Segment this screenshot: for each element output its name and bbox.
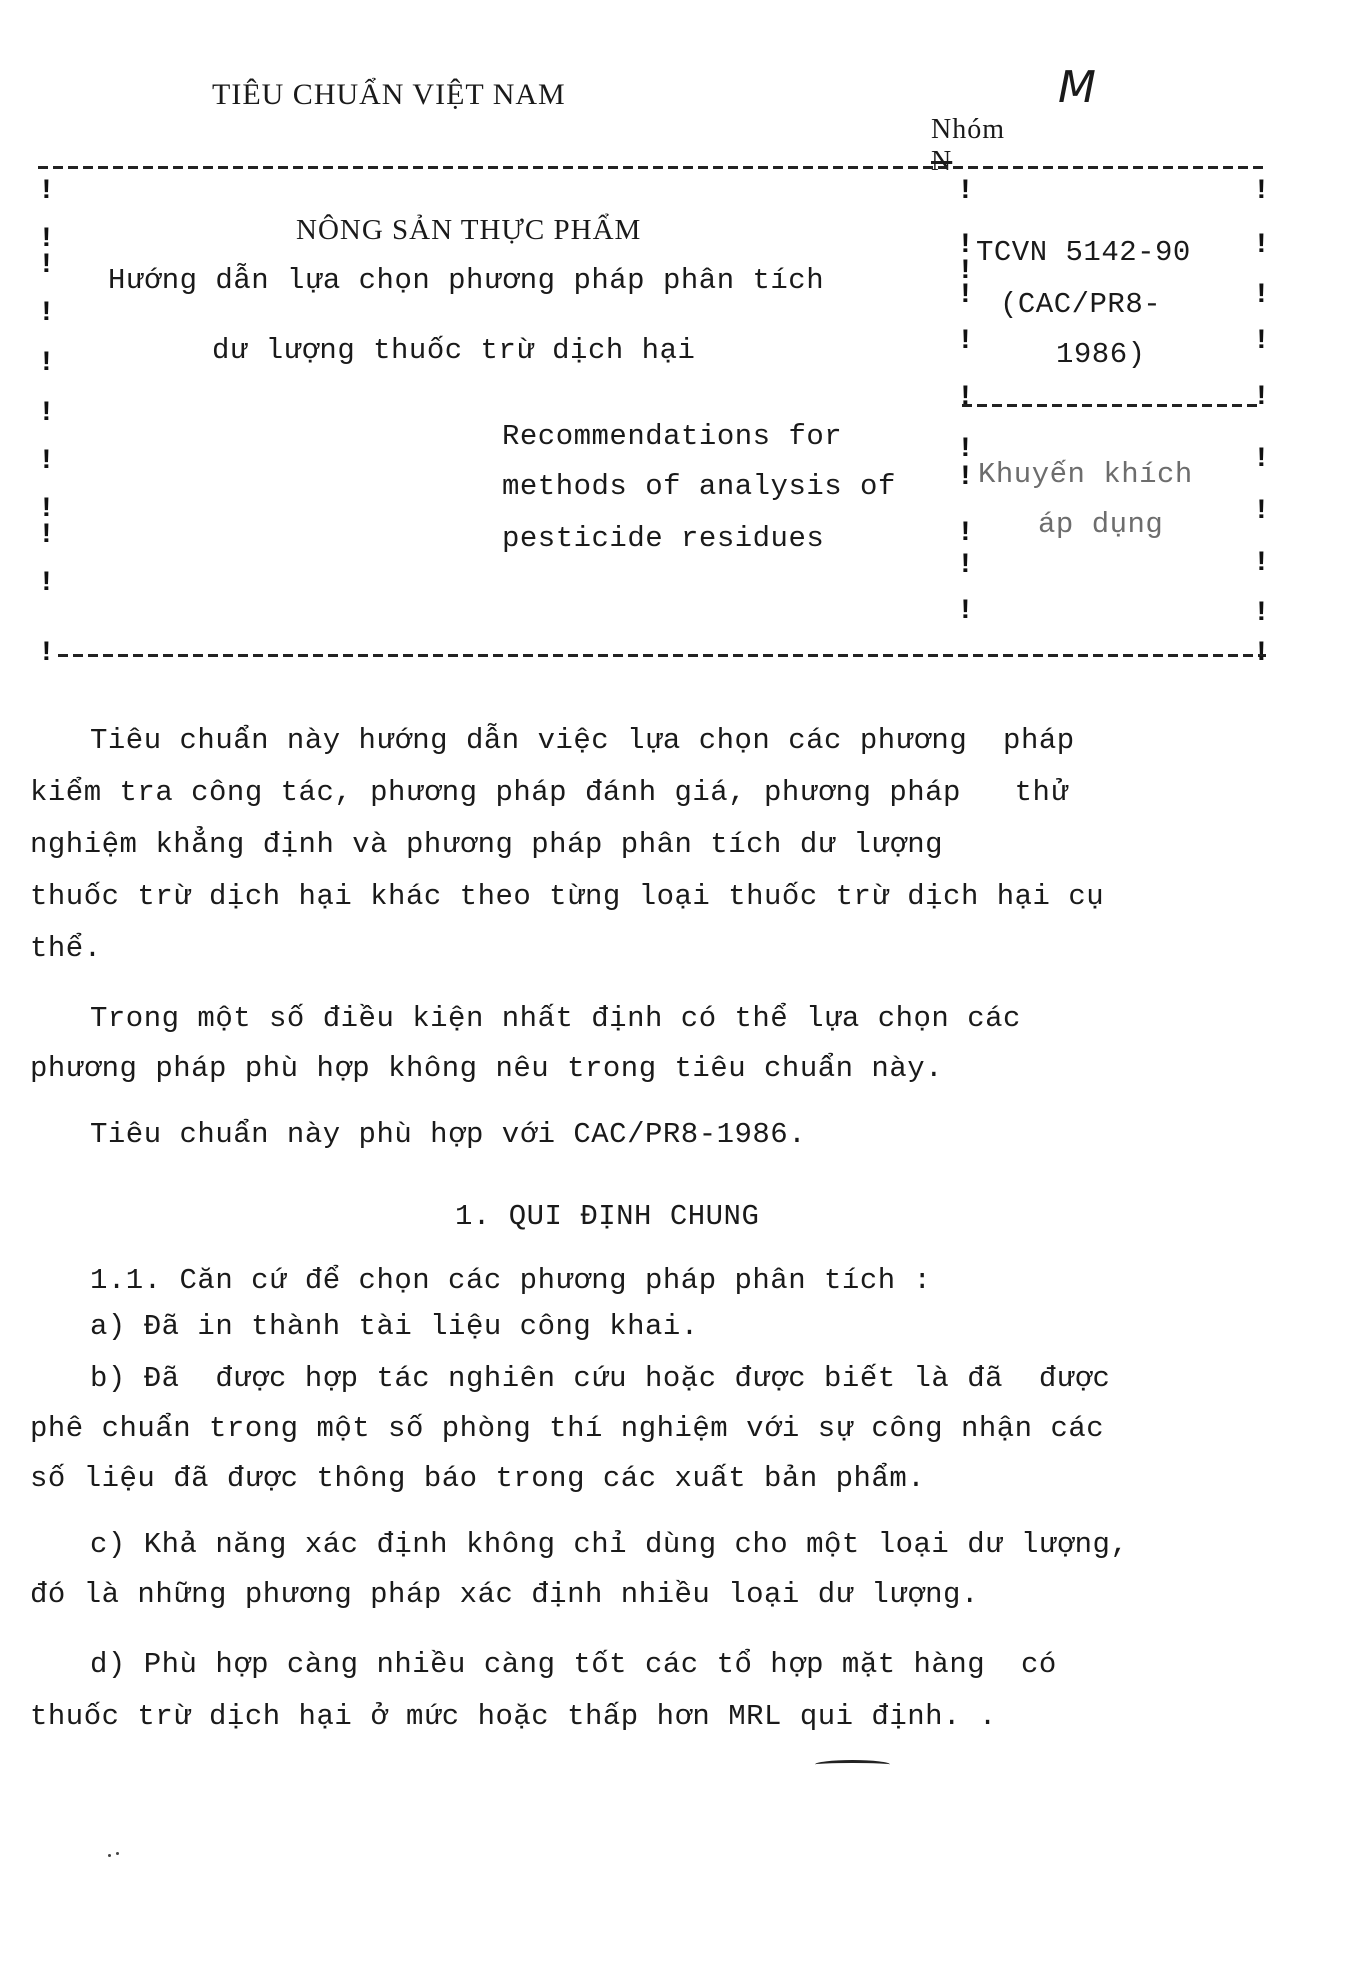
title-box-left-border: !!!!!!!!!!! bbox=[38, 180, 48, 660]
category-heading: NÔNG SẢN THỰC PHẨM bbox=[296, 214, 641, 247]
section-1-heading: 1. QUI ĐỊNH CHUNG bbox=[455, 1200, 759, 1233]
standard-title: TIÊU CHUẨN VIỆT NAM bbox=[212, 78, 566, 112]
item-a: a) Đã in thành tài liệu công khai. bbox=[90, 1310, 699, 1343]
border-bang: ! bbox=[38, 498, 43, 522]
status-line-1: Khuyến khích bbox=[978, 458, 1193, 491]
intro-p2-line-2: phương pháp phù hợp không nêu trong tiêu… bbox=[30, 1052, 943, 1085]
border-bang: ! bbox=[1253, 642, 1258, 666]
border-bang: ! bbox=[1253, 386, 1258, 410]
border-bang: ! bbox=[1253, 180, 1258, 204]
handwritten-underline-mark bbox=[815, 1760, 890, 1769]
item-b-line-2: phê chuẩn trong một số phòng thí nghiệm … bbox=[30, 1412, 1104, 1445]
english-title-line-1: Recommendations for bbox=[502, 420, 842, 453]
clause-1-1: 1.1. Căn cứ để chọn các phương pháp phân… bbox=[90, 1264, 931, 1297]
standard-code: TCVN 5142-90 bbox=[976, 236, 1191, 269]
status-line-2: áp dụng bbox=[1038, 508, 1163, 541]
border-bang: ! bbox=[38, 228, 43, 252]
standard-code-ref-1: (CAC/PR8- bbox=[1000, 288, 1161, 321]
border-bang: ! bbox=[957, 522, 962, 546]
item-c-line-2: đó là những phương pháp xác định nhiều l… bbox=[30, 1578, 979, 1611]
group-label-text: Nhóm bbox=[931, 114, 1005, 145]
border-bang: ! bbox=[38, 572, 43, 596]
english-title-line-2: methods of analysis of bbox=[502, 470, 896, 503]
intro-p1-line-5: thể. bbox=[30, 932, 102, 965]
intro-p1-line-2: kiểm tra công tác, phương pháp đánh giá,… bbox=[30, 776, 1068, 809]
border-bang: ! bbox=[38, 254, 43, 278]
border-bang: ! bbox=[957, 180, 962, 204]
intro-p1-line-1: Tiêu chuẩn này hướng dẫn việc lựa chọn c… bbox=[90, 724, 1075, 757]
border-bang: ! bbox=[957, 438, 962, 462]
border-bang: ! bbox=[1253, 602, 1258, 626]
scan-speck bbox=[116, 1852, 119, 1855]
scan-speck bbox=[108, 1854, 111, 1857]
title-box-top-border bbox=[38, 166, 1266, 169]
border-bang: ! bbox=[38, 180, 43, 204]
border-bang: ! bbox=[38, 352, 43, 376]
group-label: Nhóm N bbox=[915, 82, 1005, 178]
title-box-right-divider bbox=[962, 404, 1262, 407]
border-bang: ! bbox=[38, 524, 43, 548]
group-struck-value: N bbox=[931, 146, 952, 177]
english-title-line-3: pesticide residues bbox=[502, 522, 824, 555]
border-bang: ! bbox=[38, 642, 43, 666]
border-bang: ! bbox=[957, 554, 962, 578]
border-bang: ! bbox=[38, 402, 43, 426]
border-bang: ! bbox=[38, 450, 43, 474]
border-bang: ! bbox=[1253, 448, 1258, 472]
border-bang: ! bbox=[1253, 500, 1258, 524]
border-bang: ! bbox=[1253, 234, 1258, 258]
intro-p1-line-4: thuốc trừ dịch hại khác theo từng loại t… bbox=[30, 880, 1104, 913]
item-b-line-3: số liệu đã được thông báo trong các xuất… bbox=[30, 1462, 925, 1495]
intro-p3: Tiêu chuẩn này phù hợp với CAC/PR8-1986. bbox=[90, 1118, 806, 1151]
border-bang: ! bbox=[957, 386, 962, 410]
border-bang: ! bbox=[957, 284, 962, 308]
item-d-line-1: d) Phù hợp càng nhiều càng tốt các tổ hợ… bbox=[90, 1648, 1057, 1681]
border-bang: ! bbox=[957, 234, 962, 258]
border-bang: ! bbox=[38, 302, 43, 326]
border-bang: ! bbox=[957, 600, 962, 624]
item-d-line-2: thuốc trừ dịch hại ở mức hoặc thấp hơn M… bbox=[30, 1700, 997, 1733]
title-box-right-border: !!!!!!!!!! bbox=[1253, 180, 1263, 660]
intro-p1-line-3: nghiệm khẳng định và phương pháp phân tí… bbox=[30, 828, 943, 861]
vietnamese-title-line-1: Hướng dẫn lựa chọn phương pháp phân tích bbox=[108, 264, 824, 297]
border-bang: ! bbox=[1253, 330, 1258, 354]
border-bang: ! bbox=[957, 330, 962, 354]
item-b-line-1: b) Đã được hợp tác nghiên cứu hoặc được … bbox=[90, 1362, 1110, 1395]
title-box-middle-border: !!!!!!!!!!! bbox=[957, 180, 967, 640]
border-bang: ! bbox=[957, 466, 962, 490]
standard-code-ref-2: 1986) bbox=[1056, 338, 1146, 371]
border-bang: ! bbox=[1253, 284, 1258, 308]
item-c-line-1: c) Khả năng xác định không chỉ dùng cho … bbox=[90, 1528, 1128, 1561]
vietnamese-title-line-2: dư lượng thuốc trừ dịch hại bbox=[212, 334, 695, 367]
border-bang: ! bbox=[1253, 552, 1258, 576]
group-handwritten-value: M bbox=[1058, 62, 1096, 113]
intro-p2-line-1: Trong một số điều kiện nhất định có thể … bbox=[90, 1002, 1021, 1035]
title-box-bottom-border bbox=[58, 654, 1266, 657]
